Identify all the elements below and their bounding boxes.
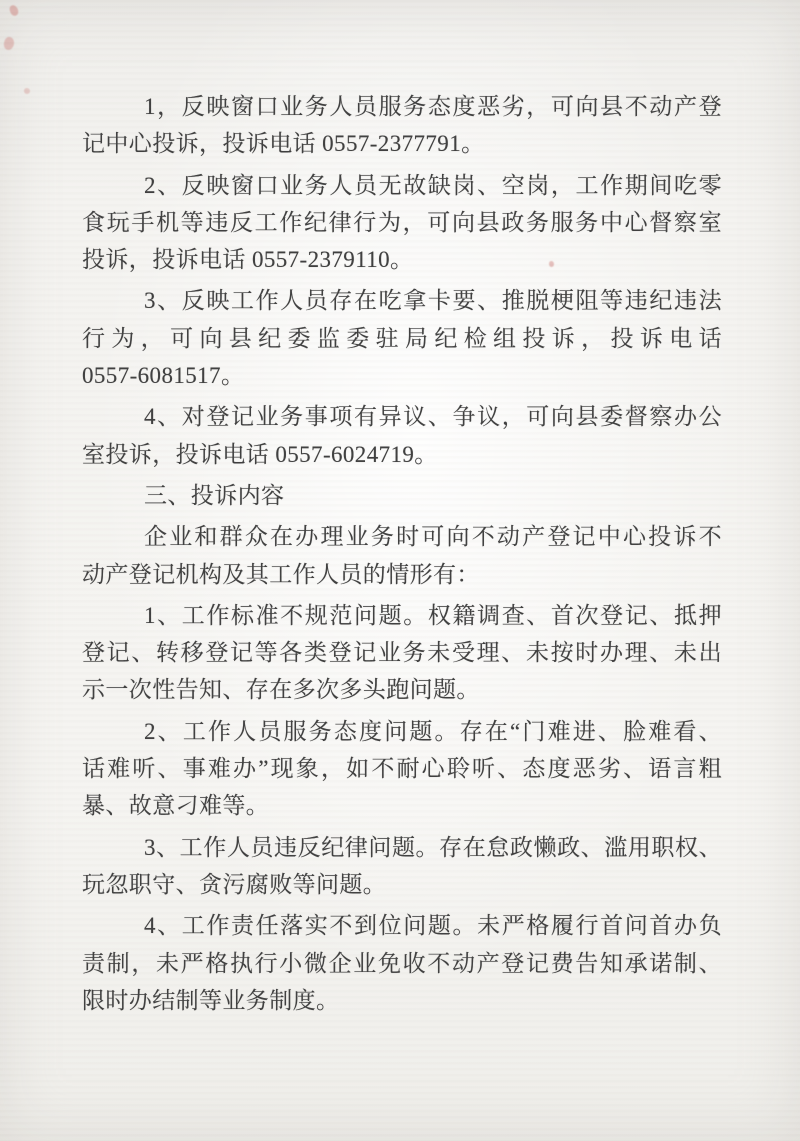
document-line: 暴、故意刁难等。 — [82, 787, 722, 824]
document-line: 3、工作人员违反纪律问题。存在怠政懒政、滥用职权、 — [82, 829, 722, 866]
document-line: 示一次性告知、存在多次多头跑问题。 — [82, 671, 722, 708]
document-line: 动产登记机构及其工作人员的情形有： — [82, 556, 722, 593]
complaint-content-intro: 企业和群众在办理业务时可向不动产登记中心投诉不动产登记机构及其工作人员的情形有： — [82, 518, 722, 593]
document-line: 记中心投诉，投诉电话 0557-2377791。 — [82, 125, 722, 162]
section-heading-complaint-content: 三、投诉内容 — [82, 477, 722, 514]
complaint-content-item-2: 2、工作人员服务态度问题。存在“门难进、脸难看、话难听、事难办”现象，如不耐心聆… — [82, 713, 722, 825]
document-line: 投诉，投诉电话 0557-2379110。 — [82, 241, 722, 278]
document-line: 行为，可向县纪委监委驻局纪检组投诉，投诉电话 — [82, 320, 722, 357]
document-line: 2、反映窗口业务人员无故缺岗、空岗，工作期间吃零 — [82, 167, 722, 204]
document-line: 3、反映工作人员存在吃拿卡要、推脱梗阻等违纪违法 — [82, 282, 722, 319]
document-line: 三、投诉内容 — [82, 477, 722, 514]
complaint-channel-item-3: 3、反映工作人员存在吃拿卡要、推脱梗阻等违纪违法行为，可向县纪委监委驻局纪检组投… — [82, 282, 722, 394]
scanned-document-page: 1，反映窗口业务人员服务态度恶劣，可向县不动产登记中心投诉，投诉电话 0557-… — [0, 0, 800, 1141]
complaint-channel-item-1: 1，反映窗口业务人员服务态度恶劣，可向县不动产登记中心投诉，投诉电话 0557-… — [82, 88, 722, 163]
document-line: 1、工作标准不规范问题。权籍调查、首次登记、抵押 — [82, 597, 722, 634]
document-line: 企业和群众在办理业务时可向不动产登记中心投诉不 — [82, 518, 722, 555]
document-line: 登记、转移登记等各类登记业务未受理、未按时办理、未出 — [82, 634, 722, 671]
document-line: 限时办结制等业务制度。 — [82, 982, 722, 1019]
document-line: 话难听、事难办”现象，如不耐心聆听、态度恶劣、语言粗 — [82, 750, 722, 787]
red-ink-mark-1 — [8, 4, 19, 17]
complaint-channel-item-4: 4、对登记业务事项有异议、争议，可向县委督察办公室投诉，投诉电话 0557-60… — [82, 398, 722, 473]
document-line: 1，反映窗口业务人员服务态度恶劣，可向县不动产登 — [82, 88, 722, 125]
document-line: 4、工作责任落实不到位问题。未严格履行首问首办负 — [82, 907, 722, 944]
red-ink-mark-2 — [2, 36, 15, 51]
complaint-content-item-4: 4、工作责任落实不到位问题。未严格履行首问首办负责制，未严格执行小微企业免收不动… — [82, 907, 722, 1019]
document-line: 玩忽职守、贪污腐败等问题。 — [82, 866, 722, 903]
document-line: 责制，未严格执行小微企业免收不动产登记费告知承诺制、 — [82, 945, 722, 982]
document-body: 1，反映窗口业务人员服务态度恶劣，可向县不动产登记中心投诉，投诉电话 0557-… — [82, 88, 722, 1023]
complaint-content-item-3: 3、工作人员违反纪律问题。存在怠政懒政、滥用职权、玩忽职守、贪污腐败等问题。 — [82, 829, 722, 904]
complaint-content-item-1: 1、工作标准不规范问题。权籍调查、首次登记、抵押登记、转移登记等各类登记业务未受… — [82, 597, 722, 709]
document-line: 室投诉，投诉电话 0557-6024719。 — [82, 436, 722, 473]
document-line: 食玩手机等违反工作纪律行为，可向县政务服务中心督察室 — [82, 204, 722, 241]
red-ink-mark-3 — [24, 88, 30, 94]
complaint-channel-item-2: 2、反映窗口业务人员无故缺岗、空岗，工作期间吃零食玩手机等违反工作纪律行为，可向… — [82, 167, 722, 279]
document-line: 2、工作人员服务态度问题。存在“门难进、脸难看、 — [82, 713, 722, 750]
document-line: 0557-6081517。 — [82, 357, 722, 394]
document-line: 4、对登记业务事项有异议、争议，可向县委督察办公 — [82, 398, 722, 435]
